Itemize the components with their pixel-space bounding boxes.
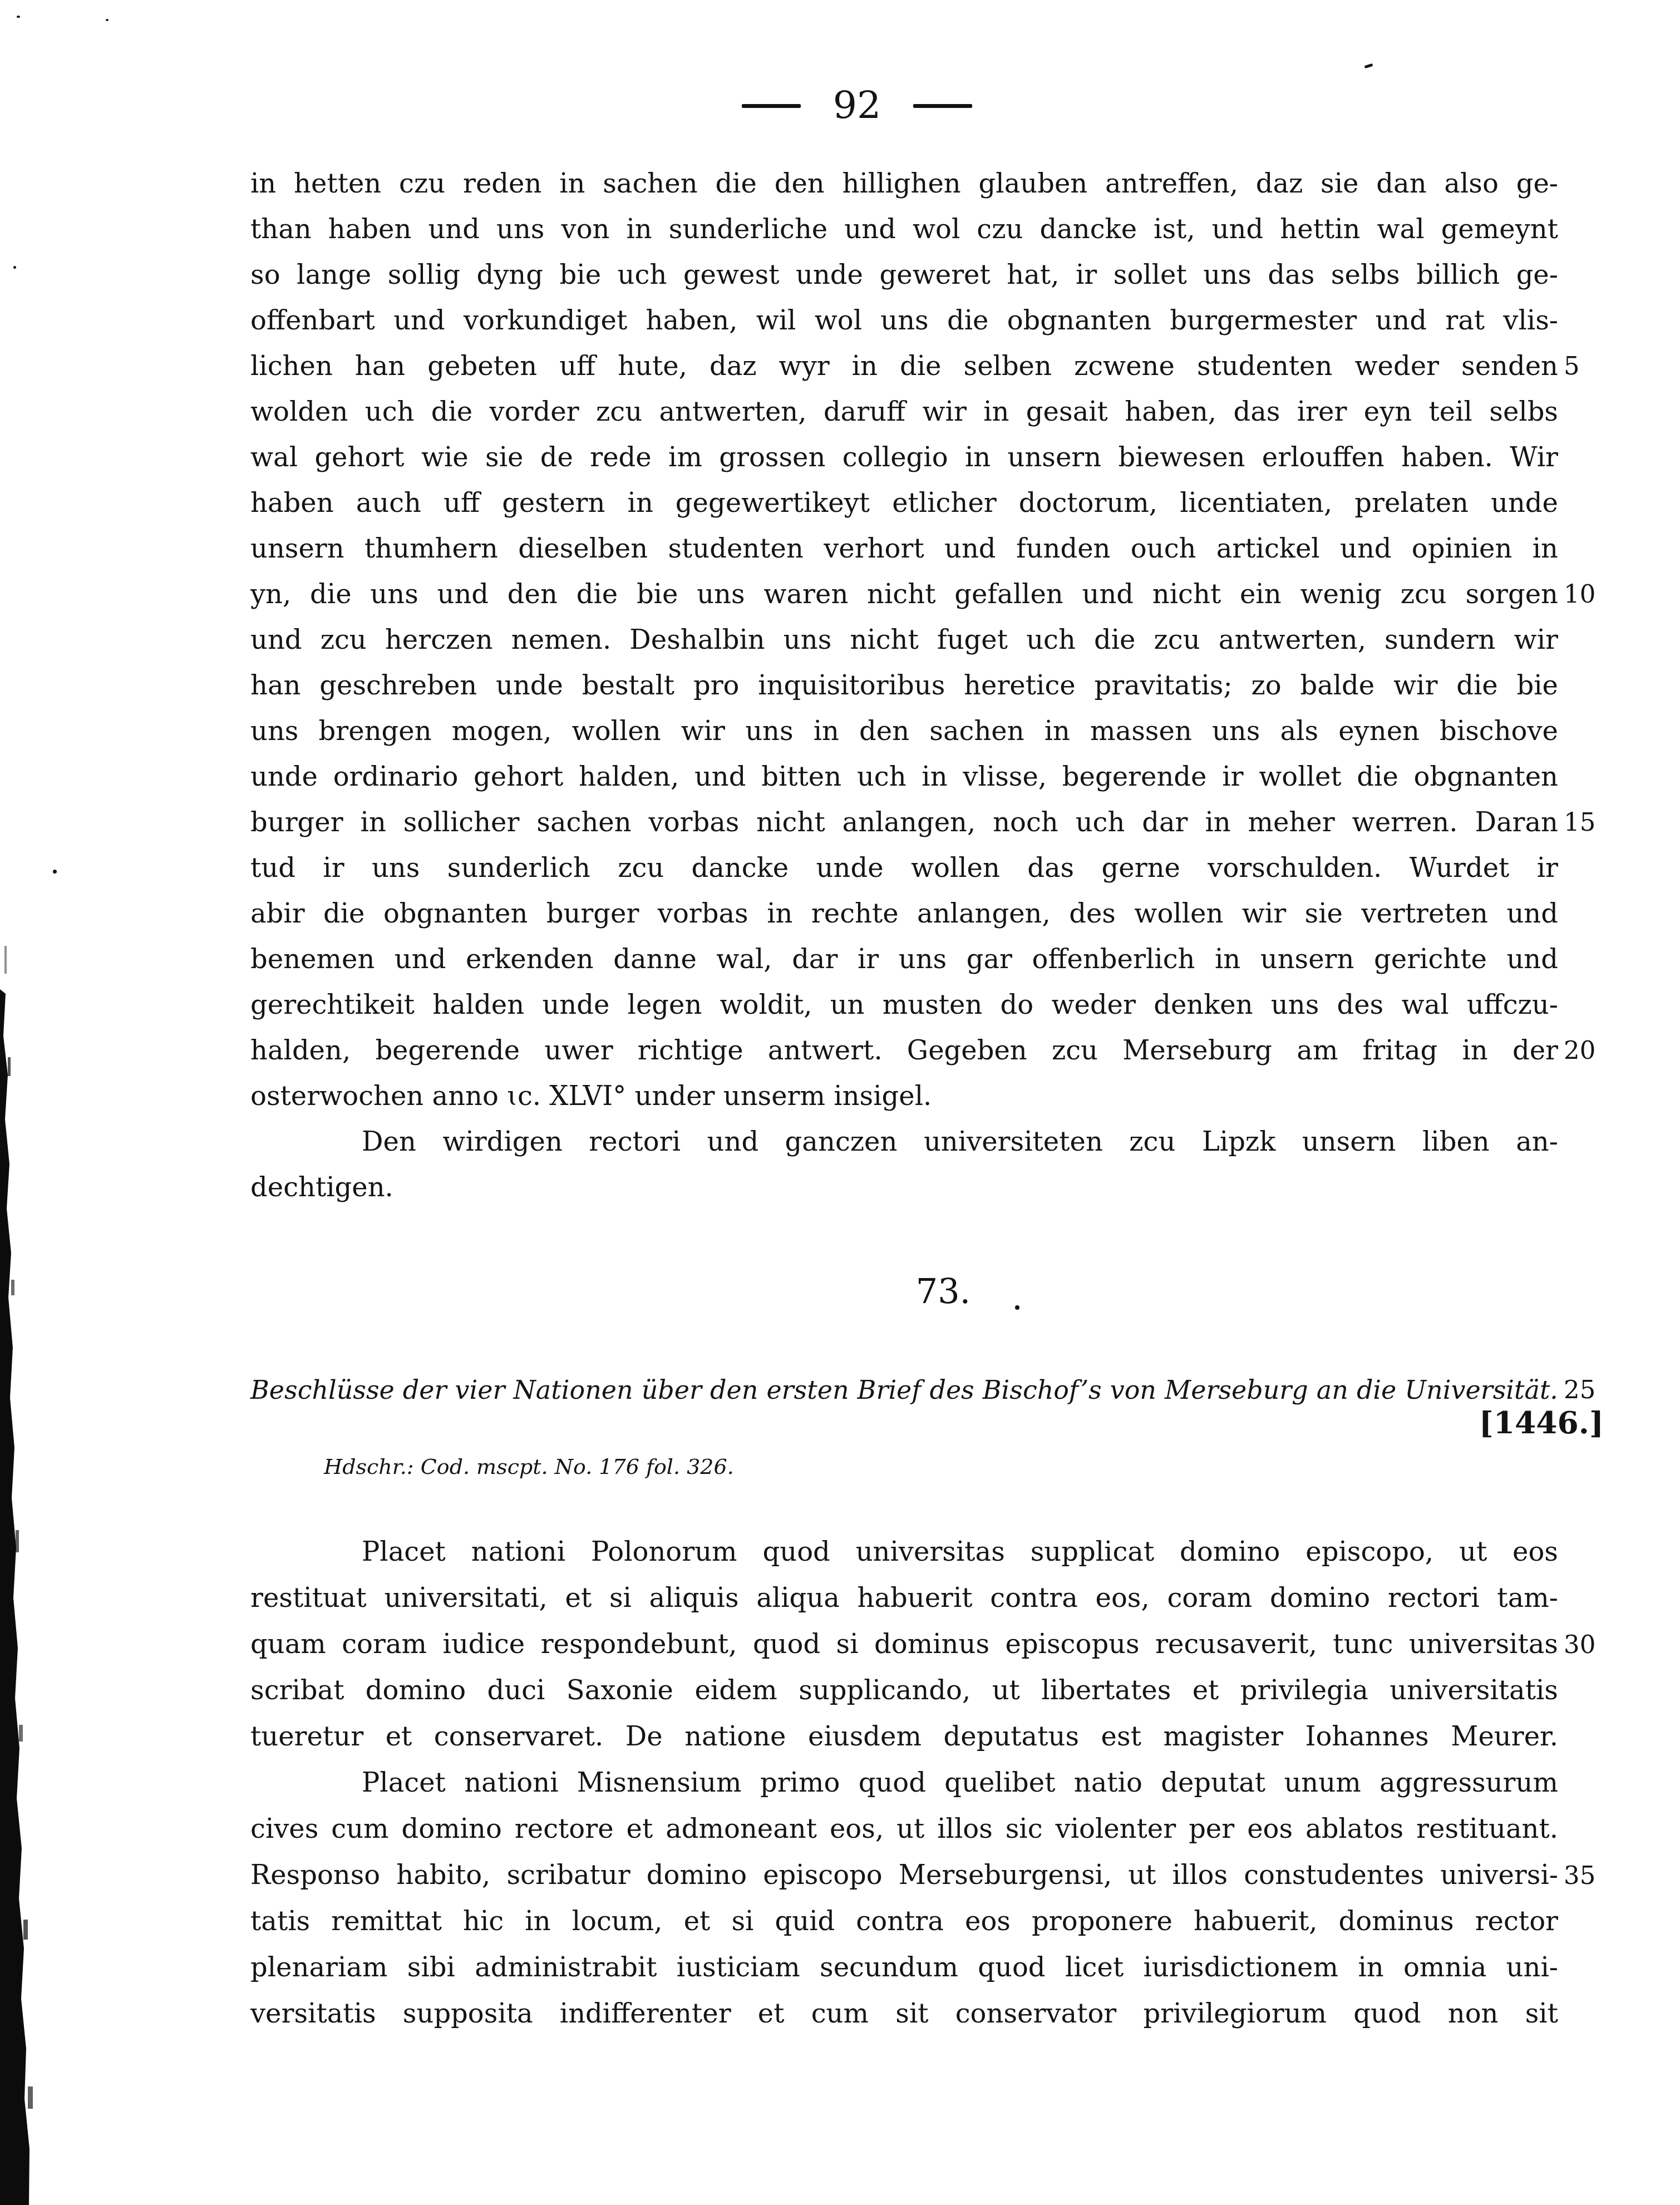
line-text: haben auch uff gestern in gegewertikeyt … bbox=[250, 480, 1558, 526]
page-number: 92 bbox=[833, 82, 881, 129]
section-year: [1446.] bbox=[250, 1404, 1604, 1441]
line-text: yn, die uns und den die bie uns waren ni… bbox=[250, 571, 1558, 617]
text-line: wal gehort wie sie de rede im grossen co… bbox=[250, 435, 1558, 480]
line-text: osterwochen anno ɩc. XLVI° under unserm … bbox=[250, 1073, 1558, 1119]
line-text: benemen und erkenden danne wal, dar ir u… bbox=[250, 936, 1558, 982]
text-line: Placet nationi Misnensium primo quod que… bbox=[250, 1760, 1558, 1806]
line-text: versitatis supposita indifferenter et cu… bbox=[250, 1991, 1558, 2037]
line-text: lichen han gebeten uff hute, daz wyr in … bbox=[250, 343, 1558, 389]
scan-artifact bbox=[1015, 1305, 1019, 1310]
line-text: plenariam sibi administrabit iusticiam s… bbox=[250, 1945, 1558, 1991]
line-text: han geschreben unde bestalt pro inquisit… bbox=[250, 663, 1558, 708]
line-text: cives cum domino rectore et admoneant eo… bbox=[250, 1806, 1558, 1852]
text-line: burger in sollicher sachen vorbas nicht … bbox=[250, 800, 1558, 845]
line-text: Placet nationi Polonorum quod universita… bbox=[250, 1529, 1558, 1575]
line-number: 15 bbox=[1564, 800, 1595, 845]
text-line: dechtigen. bbox=[250, 1165, 1558, 1210]
line-text: so lange sollig dyng bie uch gewest unde… bbox=[250, 252, 1558, 298]
text-line: Responso habito, scribatur domino episco… bbox=[250, 1852, 1558, 1898]
line-text: burger in sollicher sachen vorbas nicht … bbox=[250, 800, 1558, 845]
line-number: 5 bbox=[1564, 343, 1580, 389]
line-text: halden, begerende uwer richtige antwert.… bbox=[250, 1028, 1558, 1073]
line-text: scribat domino duci Saxonie eidem suppli… bbox=[250, 1668, 1558, 1714]
header-rule-left bbox=[742, 104, 801, 108]
text-line: han geschreben unde bestalt pro inquisit… bbox=[250, 663, 1558, 708]
scan-artifact bbox=[1364, 63, 1373, 68]
line-number: 35 bbox=[1564, 1852, 1595, 1898]
text-line: restituat universitati, et si aliquis al… bbox=[250, 1575, 1558, 1621]
text-line: abir die obgnanten burger vorbas in rech… bbox=[250, 891, 1558, 936]
text-line: benemen und erkenden danne wal, dar ir u… bbox=[250, 936, 1558, 982]
line-text: dechtigen. bbox=[250, 1165, 1558, 1210]
section-number: 73. bbox=[250, 1270, 1558, 1313]
text-line: uns brengen mogen, wollen wir uns in den… bbox=[250, 708, 1558, 754]
line-text: unsern thumhern dieselben studenten verh… bbox=[250, 526, 1558, 571]
line-text: tueretur et conservaret. De natione eius… bbox=[250, 1714, 1558, 1760]
text-line: lichen han gebeten uff hute, daz wyr in … bbox=[250, 343, 1558, 389]
line-number: 20 bbox=[1564, 1028, 1595, 1073]
line-number: 30 bbox=[1564, 1621, 1595, 1668]
text-line: cives cum domino rectore et admoneant eo… bbox=[250, 1806, 1558, 1852]
text-line: versitatis supposita indifferenter et cu… bbox=[250, 1991, 1558, 2037]
text-line: than haben und uns von in sunderliche un… bbox=[250, 206, 1558, 252]
scan-artifact bbox=[53, 870, 57, 874]
page-header: 92 bbox=[33, 82, 1680, 129]
text-line: tatis remittat hic in locum, et si quid … bbox=[250, 1898, 1558, 1945]
line-text: Placet nationi Misnensium primo quod que… bbox=[250, 1760, 1558, 1806]
text-line: unde ordinario gehort halden, und bitten… bbox=[250, 754, 1558, 800]
scan-artifact bbox=[106, 19, 109, 21]
text-line: gerechtikeit halden unde legen woldit, u… bbox=[250, 982, 1558, 1028]
section-source: Hdschr.: Cod. mscpt. No. 176 fol. 326. bbox=[324, 1451, 734, 1482]
text-line: wolden uch die vorder zcu antwerten, dar… bbox=[250, 389, 1558, 435]
text-line: tud ir uns sunderlich zcu dancke unde wo… bbox=[250, 845, 1558, 891]
line-text: gerechtikeit halden unde legen woldit, u… bbox=[250, 982, 1558, 1028]
text-line: quam coram iudice respondebunt, quod si … bbox=[250, 1621, 1558, 1668]
line-text: restituat universitati, et si aliquis al… bbox=[250, 1575, 1558, 1621]
line-text: than haben und uns von in sunderliche un… bbox=[250, 206, 1558, 252]
text-line: Placet nationi Polonorum quod universita… bbox=[250, 1529, 1558, 1575]
text-line: haben auch uff gestern in gegewertikeyt … bbox=[250, 480, 1558, 526]
line-text: Responso habito, scribatur domino episco… bbox=[250, 1852, 1558, 1898]
text-line: offenbart und vorkundiget haben, wil wol… bbox=[250, 298, 1558, 343]
line-text: uns brengen mogen, wollen wir uns in den… bbox=[250, 708, 1558, 754]
text-line: in hetten czu reden in sachen die den hi… bbox=[250, 161, 1558, 206]
line-text: offenbart und vorkundiget haben, wil wol… bbox=[250, 298, 1558, 343]
line-text: wal gehort wie sie de rede im grossen co… bbox=[250, 435, 1558, 480]
line-text: tud ir uns sunderlich zcu dancke unde wo… bbox=[250, 845, 1558, 891]
scanned-book-page: 92 in hetten czu reden in sachen die den… bbox=[0, 0, 1680, 2205]
text-line: scribat domino duci Saxonie eidem suppli… bbox=[250, 1668, 1558, 1714]
text-line: tueretur et conservaret. De natione eius… bbox=[250, 1714, 1558, 1760]
text-line: unsern thumhern dieselben studenten verh… bbox=[250, 526, 1558, 571]
text-line: osterwochen anno ɩc. XLVI° under unserm … bbox=[250, 1073, 1558, 1119]
text-line: halden, begerende uwer richtige antwert.… bbox=[250, 1028, 1558, 1073]
line-text: abir die obgnanten burger vorbas in rech… bbox=[250, 891, 1558, 936]
text-line: und zcu herczen nemen. Deshalbin uns nic… bbox=[250, 617, 1558, 663]
line-text: unde ordinario gehort halden, und bitten… bbox=[250, 754, 1558, 800]
header-rule-right bbox=[913, 104, 972, 108]
line-text: tatis remittat hic in locum, et si quid … bbox=[250, 1898, 1558, 1945]
text-line: Den wirdigen rectori und ganczen univers… bbox=[250, 1119, 1558, 1165]
line-text: Den wirdigen rectori und ganczen univers… bbox=[250, 1119, 1558, 1165]
line-number: 10 bbox=[1564, 571, 1595, 617]
line-text: in hetten czu reden in sachen die den hi… bbox=[250, 161, 1558, 206]
text-line: yn, die uns und den die bie uns waren ni… bbox=[250, 571, 1558, 617]
text-line: so lange sollig dyng bie uch gewest unde… bbox=[250, 252, 1558, 298]
line-text: und zcu herczen nemen. Deshalbin uns nic… bbox=[250, 617, 1558, 663]
text-line: plenariam sibi administrabit iusticiam s… bbox=[250, 1945, 1558, 1991]
scan-artifact bbox=[13, 266, 16, 269]
resolutions-text-block: Placet nationi Polonorum quod universita… bbox=[250, 1529, 1558, 2037]
letter-text-block: in hetten czu reden in sachen die den hi… bbox=[250, 161, 1558, 1210]
line-text: wolden uch die vorder zcu antwerten, dar… bbox=[250, 389, 1558, 435]
line-text: quam coram iudice respondebunt, quod si … bbox=[250, 1621, 1558, 1668]
scan-artifact bbox=[17, 16, 20, 18]
binding-shadow bbox=[0, 0, 50, 2205]
